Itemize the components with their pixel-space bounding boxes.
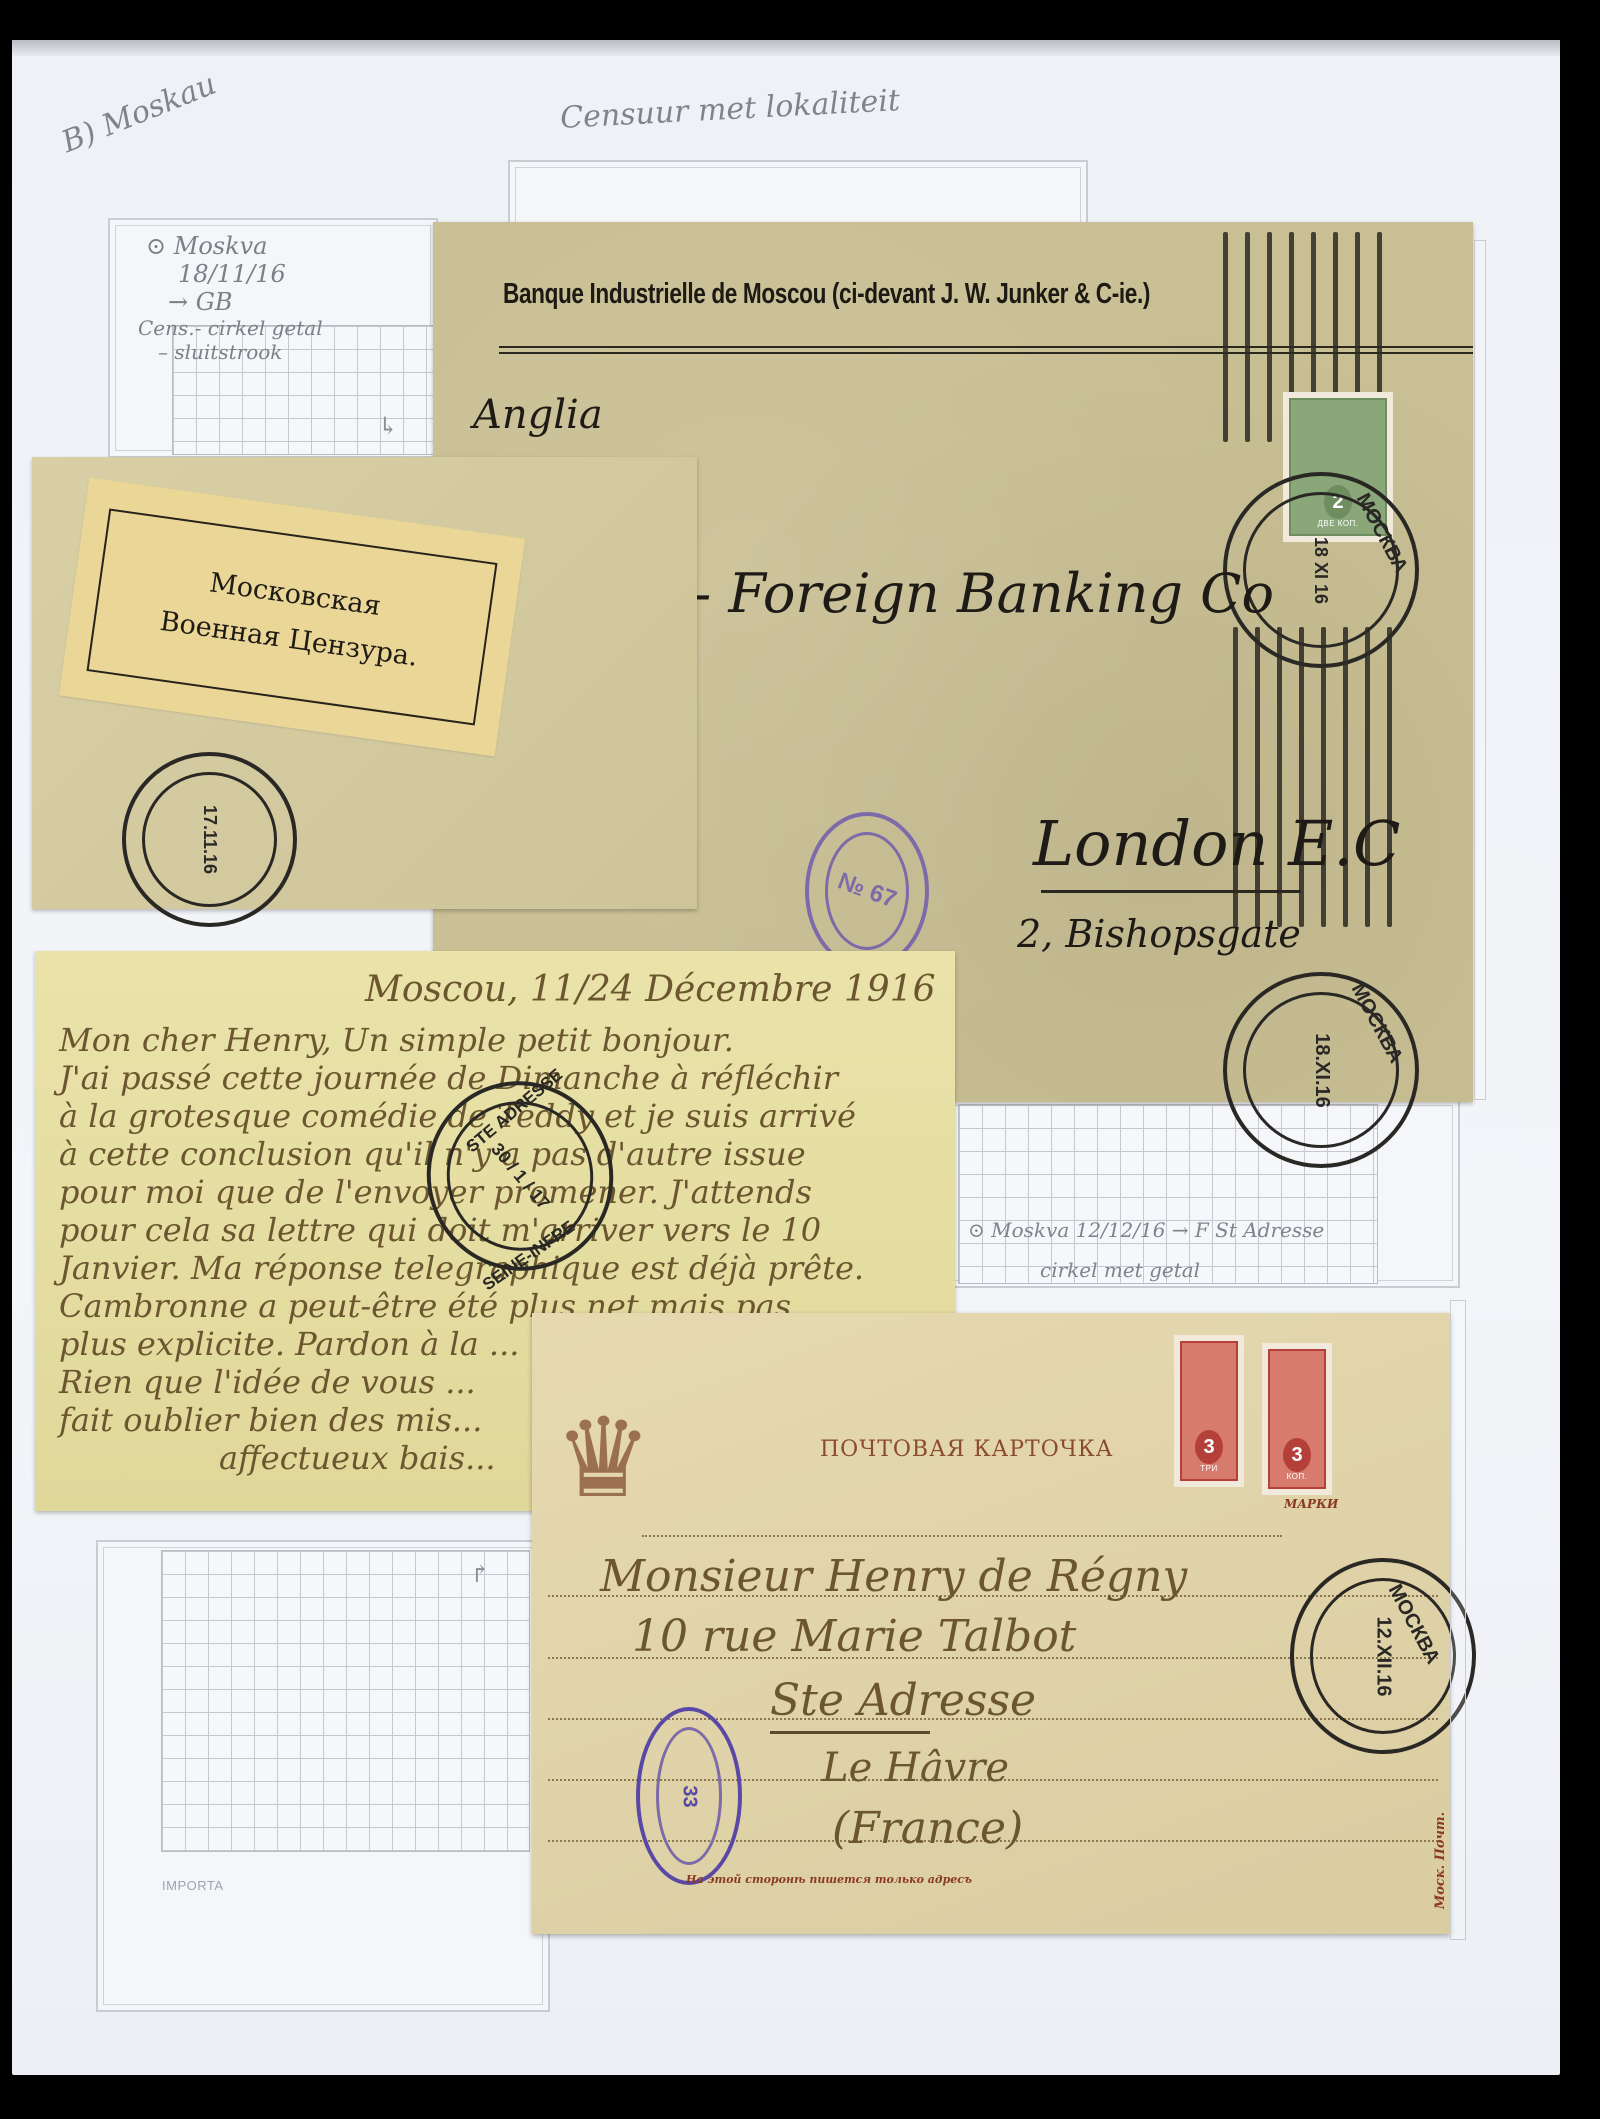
address-underline [770,1731,930,1734]
card-address-1: Monsieur Henry de Régny [600,1551,1187,1602]
item-3-annotation-line-2: cirkel met getal [1040,1258,1200,1282]
card-postmark: 12.XII.16 [1290,1558,1476,1754]
item-1-annotation: ⊙ Moskva 18/11/16 → GB Cens.- cirkel get… [138,232,438,364]
grid-bottom-left [161,1550,530,1852]
pencil-arrow-icon: ↱ [470,1560,490,1588]
censor-label-frame: Московская Военная Цензура. [86,509,497,726]
censor-mark-67: № 67 [805,812,929,970]
censor-mark-33: 33 [636,1707,742,1885]
cover-back-censor-label: Московская Военная Цензура. 17.11.16 [32,457,697,909]
postal-card: ♛ ПОЧТОВАЯ КАРТОЧКА 3 ТРИ 3 КОП. МАРКИ M… [532,1313,1450,1934]
annotation-line: → GB [168,288,438,316]
card-address-2: 10 rue Marie Talbot [632,1611,1076,1662]
page-top-edge [12,40,1560,56]
address-line-3: 2, Bishopsgate [1017,912,1301,956]
machine-cancel-bottom [1233,627,1392,927]
stamp-value: 3 [1283,1438,1311,1472]
postmark-date: 18 XI 16 [1311,536,1332,603]
album-brand: IMPORTA [162,1878,224,1893]
card-address-4: Le Hâvre [822,1745,1009,1791]
stamp-value: 3 [1195,1430,1223,1464]
annotation-line: – sluitstrook [158,340,438,364]
card-address-3: Ste Adresse [770,1675,1036,1726]
censor-number: № 67 [834,868,900,915]
card-address-5: (France) [832,1803,1023,1854]
address-line-2: London E.C [1033,807,1401,880]
postmark-date: 18.XI.16 [1309,1033,1332,1108]
letter-line: Mon cher Henry, Un simple petit bonjour. [59,1021,939,1059]
stamp-3-kop-1: 3 ТРИ [1174,1335,1244,1487]
censor-label: Московская Военная Цензура. [59,477,525,756]
annotation-line: Cens.- cirkel getal [138,316,438,340]
imperial-eagle-icon: ♛ [554,1403,653,1513]
dotted-line [642,1535,1282,1537]
pencil-arrow-icon: ↳ [378,412,398,440]
censor-label-line: Военная Цензура. [158,606,420,673]
stamp-label: КОП. [1287,1472,1308,1481]
annotation-line: ⊙ Moskva [146,232,438,260]
card-side-text: Моск. Почт. [1433,1812,1448,1909]
postmark-date: 17.11.16 [199,805,220,874]
address-line-1: - Foreign Banking Co [693,562,1274,625]
address-underline [1041,890,1301,893]
protective-sleeve [1450,1300,1466,1940]
postmark-date: 30 / 1 / 17 [486,1139,554,1214]
printed-heading: Banque Industrielle de Moscou (ci-devant… [503,278,1150,311]
mount-top-center [508,160,1088,230]
annotation-line: 18/11/16 [178,260,438,288]
stamp-3-kop-2: 3 КОП. [1262,1343,1332,1495]
stamp-label: ТРИ [1200,1464,1217,1473]
postmark-bottom: 18.XI.16 [1223,972,1419,1168]
letter-dateline: Moscou, 11/24 Décembre 1916 [365,969,936,1010]
back-postmark: 17.11.16 [122,752,297,927]
stamp-box-label: МАРКИ [1284,1497,1338,1511]
postmark-date: 12.XII.16 [1372,1616,1395,1696]
manuscript-route: Anglia [473,392,603,438]
censor-label-line: Московская [208,567,383,622]
item-3-annotation-line-1: ⊙ Moskva 12/12/16 → F St Adresse [968,1218,1324,1242]
protective-sleeve [1474,240,1486,1100]
censor-number: 33 [678,1785,701,1807]
card-title: ПОЧТОВАЯ КАРТОЧКА [820,1437,1113,1462]
card-footer-text: На этой сторонѣ пишется только адресъ [686,1873,972,1886]
